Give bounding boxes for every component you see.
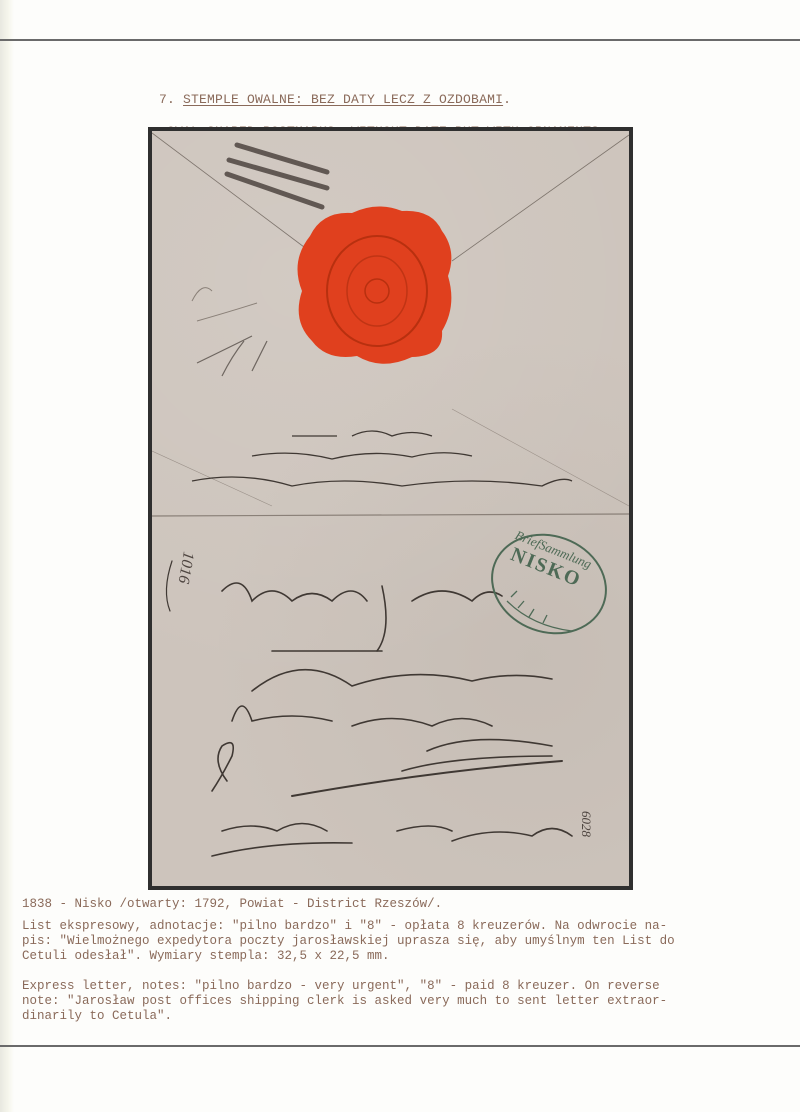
caption-line: dinarily to Cetula". bbox=[22, 1009, 782, 1024]
caption-date-location: 1838 - Nisko /otwarty: 1792, Powiat - Di… bbox=[22, 897, 782, 912]
heading-polish: STEMPLE OWALNE: BEZ DATY LECZ Z OZDOBAMI bbox=[183, 92, 503, 107]
caption-line: note: "Jarosław post offices shipping cl… bbox=[22, 994, 782, 1009]
envelope-drawing: 6028 1016 bbox=[152, 131, 629, 886]
page-edge-strip bbox=[0, 0, 14, 1112]
envelope-photo: 6028 1016 BriefSammlung NISKO bbox=[148, 127, 633, 890]
wax-seal-icon bbox=[298, 206, 452, 363]
caption-english: Express letter, notes: "pilno bardzo - v… bbox=[22, 979, 782, 1024]
envelope-paper: 6028 1016 BriefSammlung NISKO bbox=[152, 131, 629, 886]
caption-polish: List ekspresowy, adnotacje: "pilno bardz… bbox=[22, 919, 782, 964]
heading-polish-suffix: . bbox=[503, 92, 511, 107]
svg-text:1016: 1016 bbox=[175, 550, 197, 584]
caption-line: pis: "Wielmożnego expedytora poczty jaro… bbox=[22, 934, 782, 949]
svg-text:6028: 6028 bbox=[579, 811, 594, 838]
bottom-rule bbox=[0, 1045, 800, 1047]
caption-line: List ekspresowy, adnotacje: "pilno bardz… bbox=[22, 919, 782, 934]
top-rule bbox=[0, 39, 800, 41]
section-number: 7. bbox=[159, 92, 183, 108]
caption-line: 1838 - Nisko /otwarty: 1792, Powiat - Di… bbox=[22, 897, 782, 912]
oval-postmark-icon bbox=[478, 519, 620, 649]
caption-line: Express letter, notes: "pilno bardzo - v… bbox=[22, 979, 782, 994]
caption-line: Cetuli odesłał". Wymiary stempla: 32,5 x… bbox=[22, 949, 782, 964]
